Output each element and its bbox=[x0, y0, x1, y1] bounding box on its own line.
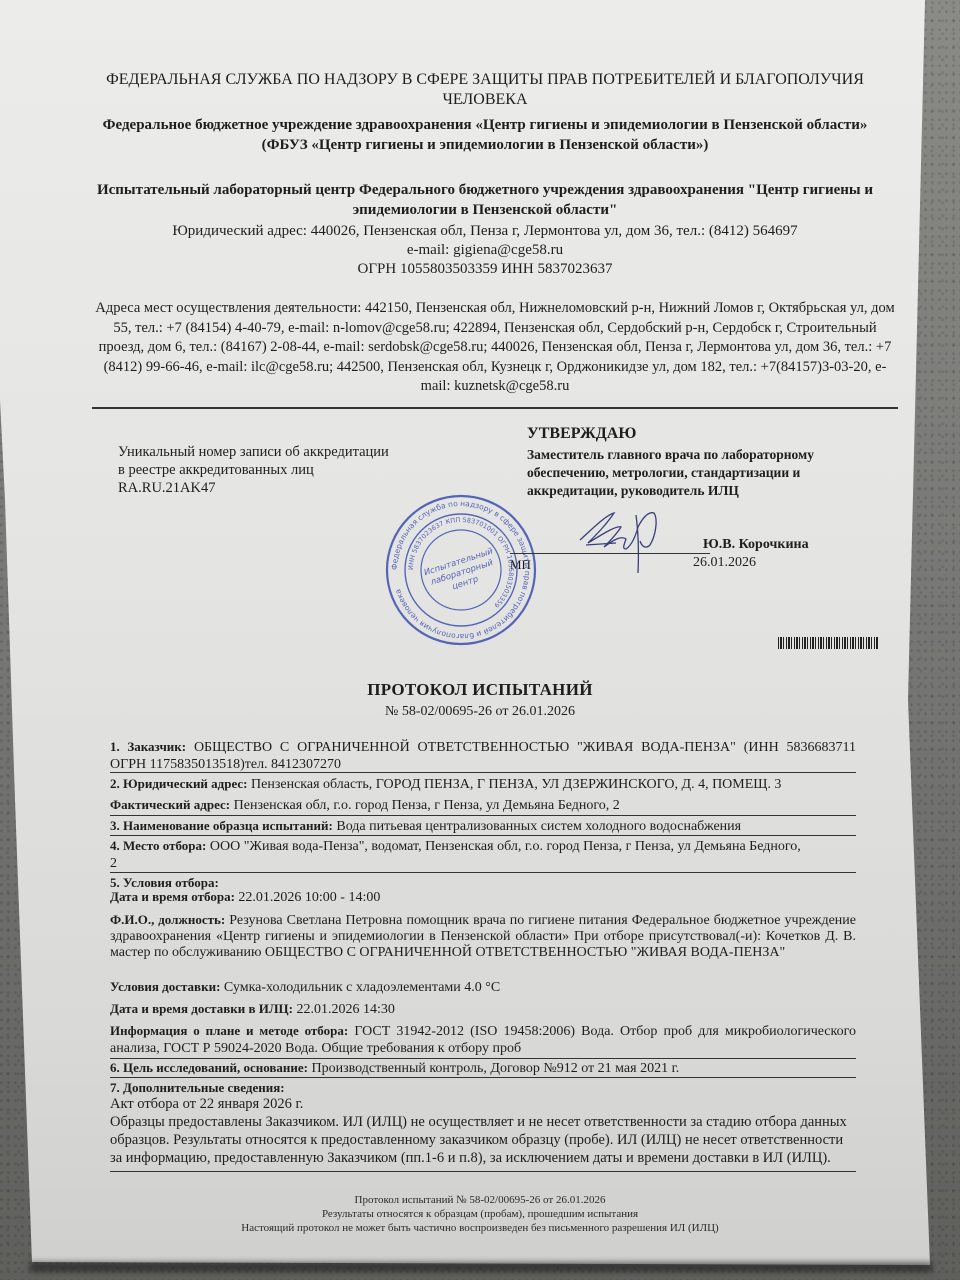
sampler-person-label: Ф.И.О., должность: bbox=[110, 912, 225, 927]
delivery-datetime-label: Дата и время доставки в ИЛЦ: bbox=[110, 1001, 293, 1016]
signature-icon bbox=[576, 505, 686, 575]
delivery-datetime-value: 22.01.2026 14:30 bbox=[296, 1002, 394, 1017]
section-purpose: 6. Цель исследований, основание: Произво… bbox=[110, 1059, 856, 1077]
institution-full: Федеральное бюджетное учреждение здравоо… bbox=[70, 115, 900, 135]
footer-results-note: Результаты относятся к образцам (пробам)… bbox=[200, 1207, 760, 1221]
purpose-value: Производственный контроль, Договор №912 … bbox=[312, 1061, 680, 1076]
footer-protocol: Протокол испытаний № 58-02/00695-26 от 2… bbox=[200, 1193, 760, 1207]
sampling-act: Акт отбора от 22 января 2026 г. bbox=[110, 1096, 856, 1113]
sampling-place-value: ООО "Живая вода-Пенза", водомат, Пензенс… bbox=[110, 839, 801, 871]
activity-addresses: Адреса мест осуществления деятельности: … bbox=[92, 299, 898, 397]
customer-label: 1. Заказчик: bbox=[110, 739, 186, 754]
legal-address: Юридический адрес: 440026, Пензенская об… bbox=[70, 222, 900, 241]
ogrn-inn: ОГРН 1055803503359 ИНН 5837023637 bbox=[70, 260, 900, 279]
section-actual-address: Фактический адрес: Пензенская обл, г.о. … bbox=[110, 796, 856, 814]
section-legal-address: 2. Юридический адрес: Пензенская область… bbox=[110, 775, 856, 793]
additional-info-label: 7. Дополнительные сведения: bbox=[110, 1079, 856, 1096]
sampling-method: Информация о плане и методе отбора: ГОСТ… bbox=[110, 1022, 856, 1057]
barcode-icon bbox=[778, 637, 878, 649]
approval-block: УТВЕРЖДАЮ Заместитель главного врача по … bbox=[527, 424, 827, 500]
signature-line bbox=[510, 553, 710, 554]
legal-contacts: Юридический адрес: 440026, Пензенская об… bbox=[70, 222, 900, 279]
accreditation-line2: в реестре аккредитованных лиц bbox=[118, 461, 389, 479]
section-sampling-place: 4. Место отбора: ООО "Живая вода-Пенза",… bbox=[110, 837, 810, 872]
legal-address-value: Пензенская область, ГОРОД ПЕНЗА, Г ПЕНЗА… bbox=[251, 777, 781, 792]
customer-value: ОБЩЕСТВО С ОГРАНИЧЕННОЙ ОТВЕТСТВЕННОСТЬЮ… bbox=[110, 740, 856, 772]
approval-title: УТВЕРЖДАЮ bbox=[527, 424, 827, 444]
delivery-conditions-value: Сумка-холодильник с хладоэлементами 4.0 … bbox=[224, 980, 500, 995]
signer-name: Ю.В. Корочкина bbox=[703, 537, 809, 553]
institution-short: (ФБУЗ «Центр гигиены и эпидемиологии в П… bbox=[70, 135, 900, 155]
sampling-datetime-value: 22.01.2026 10:00 - 14:00 bbox=[238, 890, 380, 905]
institution-name: Федеральное бюджетное учреждение здравоо… bbox=[70, 115, 900, 155]
protocol-number: № 58-02/00695-26 от 26.01.2026 bbox=[100, 704, 860, 720]
actual-address-value: Пензенская обл, г.о. город Пенза, г Пенз… bbox=[234, 798, 620, 813]
delivery-datetime: Дата и время доставки в ИЛЦ: 22.01.2026 … bbox=[110, 1000, 856, 1018]
approval-role: Заместитель главного врача по лабораторн… bbox=[527, 446, 827, 500]
delivery-conditions-label: Условия доставки: bbox=[110, 979, 220, 994]
delivery-conditions: Условия доставки: Сумка-холодильник с хл… bbox=[110, 978, 856, 996]
section-additional-info: 7. Дополнительные сведения: Акт отбора о… bbox=[110, 1079, 856, 1167]
contact-email: e-mail: gigiena@cge58.ru bbox=[70, 241, 900, 260]
purpose-label: 6. Цель исследований, основание: bbox=[110, 1060, 308, 1075]
paper-shadow bbox=[30, 1262, 932, 1272]
sample-name-label: 3. Наименование образца испытаний: bbox=[110, 818, 333, 833]
protocol-title: ПРОТОКОЛ ИСПЫТАНИЙ bbox=[100, 680, 860, 700]
sampler-person: Ф.И.О., должность: Резунова Светлана Пет… bbox=[110, 912, 856, 961]
row-divider bbox=[110, 1171, 856, 1172]
legal-address-label: 2. Юридический адрес: bbox=[110, 776, 248, 791]
actual-address-label: Фактический адрес: bbox=[110, 797, 230, 812]
agency-title: ФЕДЕРАЛЬНАЯ СЛУЖБА ПО НАДЗОРУ В СФЕРЕ ЗА… bbox=[70, 70, 900, 110]
sampling-place-label: 4. Место отбора: bbox=[110, 838, 206, 853]
accreditation-number: RA.RU.21AK47 bbox=[118, 479, 389, 497]
lab-center-name: Испытательный лабораторный центр Федерал… bbox=[70, 180, 900, 220]
section-customer: 1. Заказчик: ОБЩЕСТВО С ОГРАНИЧЕННОЙ ОТВ… bbox=[110, 738, 856, 773]
accreditation-block: Уникальный номер записи об аккредитации … bbox=[118, 443, 389, 497]
seal-label: МП bbox=[510, 557, 531, 573]
row-divider bbox=[110, 772, 856, 773]
footer-reproduction-note: Настоящий протокол не может быть частичн… bbox=[200, 1221, 760, 1235]
sample-name-value: Вода питьевая централизованных систем хо… bbox=[336, 819, 741, 834]
section-sample-name: 3. Наименование образца испытаний: Вода … bbox=[110, 817, 856, 835]
page-footer: Протокол испытаний № 58-02/00695-26 от 2… bbox=[200, 1193, 760, 1235]
sampling-datetime: Дата и время отбора: 22.01.2026 10:00 - … bbox=[110, 888, 856, 906]
header-divider bbox=[92, 407, 898, 409]
additional-info-text: Образцы предоставлены Заказчиком. ИЛ (ИЛ… bbox=[110, 1113, 856, 1167]
sampling-datetime-label: Дата и время отбора: bbox=[110, 889, 235, 904]
approval-date: 26.01.2026 bbox=[693, 555, 756, 571]
accreditation-line1: Уникальный номер записи об аккредитации bbox=[118, 443, 389, 461]
sampling-method-label: Информация о плане и методе отбора: bbox=[110, 1023, 348, 1038]
